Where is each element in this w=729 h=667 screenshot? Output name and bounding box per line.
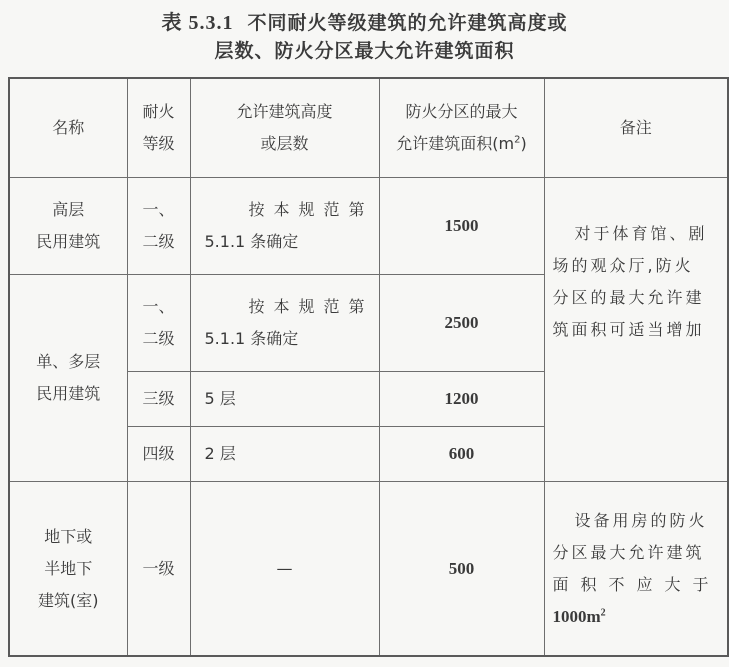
row-rating: 三级 <box>127 372 190 427</box>
table-row: 高层 民用建筑 一、 二级 按本规范第 5.1.1 条确定 1500 对于体育馆… <box>9 178 728 275</box>
row-name-l3: 建筑(室) <box>10 585 127 617</box>
table-caption-line1: 表 5.3.1不同耐火等级建筑的允许建筑高度或 <box>0 6 729 35</box>
row-name: 单、多层 民用建筑 <box>9 275 127 482</box>
remark-l4-sup: 2 <box>601 607 606 618</box>
table-title-line2: 层数、防火分区最大允许建筑面积 <box>0 36 729 63</box>
row-name-l1: 地下或 <box>10 521 127 553</box>
header-fire-rating-l2: 等级 <box>128 128 190 160</box>
row-rating-l1: 一、 <box>128 194 190 226</box>
row-rating: 一、 二级 <box>127 178 190 275</box>
row-area: 2500 <box>379 275 544 372</box>
row-height: 5 层 <box>190 372 379 427</box>
row-area: 500 <box>379 482 544 657</box>
row-name-l2: 民用建筑 <box>10 226 127 258</box>
remark-l2: 场的观众厅,防火 <box>553 250 722 282</box>
row-height-l1: 按本规范第 <box>205 194 379 226</box>
row-height-l2: 5.1.1 条确定 <box>205 323 379 355</box>
table-row: 地下或 半地下 建筑(室) 一级 — 500 设备用房的防火 分区最大允许建筑 … <box>9 482 728 657</box>
header-area-l1: 防火分区的最大 <box>380 96 544 128</box>
row-name-l1: 单、多层 <box>10 346 127 378</box>
row-rating-l1: 一、 <box>128 291 190 323</box>
row-height-l1: 按本规范第 <box>205 291 379 323</box>
remark-l1: 对于体育馆、剧 <box>553 218 722 250</box>
header-area: 防火分区的最大 允许建筑面积(m2) <box>379 78 544 178</box>
header-height-l2: 或层数 <box>191 128 379 160</box>
row-rating-l2: 二级 <box>128 323 190 355</box>
table-title-line1: 不同耐火等级建筑的允许建筑高度或 <box>247 12 567 34</box>
header-height-l1: 允许建筑高度 <box>191 96 379 128</box>
row-height-l2: 5.1.1 条确定 <box>205 226 379 258</box>
remark-l3: 面积不应大于 <box>553 569 722 601</box>
row-height: 按本规范第 5.1.1 条确定 <box>190 275 379 372</box>
header-row: 名称 耐火 等级 允许建筑高度 或层数 防火分区的最大 允许建筑面积(m2) 备… <box>9 78 728 178</box>
row-name-l2: 半地下 <box>10 553 127 585</box>
remark-l4: 筑面积可适当增加 <box>553 314 722 346</box>
remark-underground: 设备用房的防火 分区最大允许建筑 面积不应大于 1000m2 <box>544 482 728 657</box>
header-area-l2: 允许建筑面积(m2) <box>380 128 544 160</box>
row-height: 按本规范第 5.1.1 条确定 <box>190 178 379 275</box>
remark-l4-text: 1000m <box>553 607 601 626</box>
row-area: 1200 <box>379 372 544 427</box>
remark-l3: 分区的最大允许建 <box>553 282 722 314</box>
row-name-l2: 民用建筑 <box>10 378 127 410</box>
row-name: 地下或 半地下 建筑(室) <box>9 482 127 657</box>
header-remark: 备注 <box>544 78 728 178</box>
row-height: — <box>190 482 379 657</box>
row-name-l1: 高层 <box>10 194 127 226</box>
header-area-close: ) <box>520 134 526 153</box>
row-rating: 一级 <box>127 482 190 657</box>
remark-above-ground: 对于体育馆、剧 场的观众厅,防火 分区的最大允许建 筑面积可适当增加 <box>544 178 728 482</box>
row-rating: 一、 二级 <box>127 275 190 372</box>
row-name: 高层 民用建筑 <box>9 178 127 275</box>
header-area-l2-text: 允许建筑面积(m <box>396 134 514 153</box>
row-area: 600 <box>379 427 544 482</box>
remark-spacer <box>553 346 722 442</box>
header-name: 名称 <box>9 78 127 178</box>
remark-l2: 分区最大允许建筑 <box>553 537 722 569</box>
remark-l1: 设备用房的防火 <box>553 505 722 537</box>
row-area: 1500 <box>379 178 544 275</box>
remark-l4: 1000m2 <box>553 601 722 633</box>
table-number: 表 5.3.1 <box>161 12 233 34</box>
fire-rating-table: 名称 耐火 等级 允许建筑高度 或层数 防火分区的最大 允许建筑面积(m2) 备… <box>8 77 729 657</box>
header-fire-rating-l1: 耐火 <box>128 96 190 128</box>
row-rating: 四级 <box>127 427 190 482</box>
header-fire-rating: 耐火 等级 <box>127 78 190 178</box>
row-rating-l2: 二级 <box>128 226 190 258</box>
header-height: 允许建筑高度 或层数 <box>190 78 379 178</box>
row-height: 2 层 <box>190 427 379 482</box>
